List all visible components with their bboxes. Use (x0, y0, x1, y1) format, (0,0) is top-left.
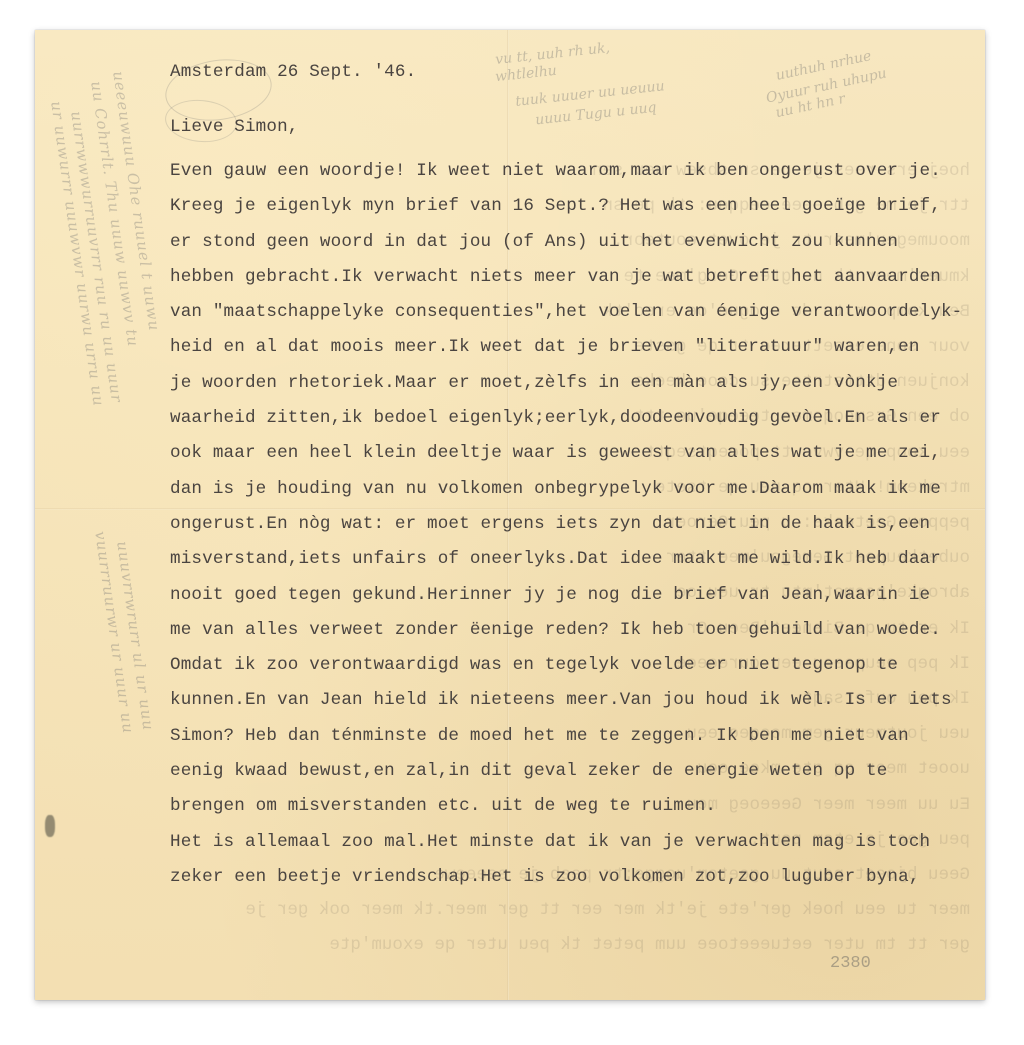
pencil-note: Oyuur ruh uhupu (765, 65, 888, 106)
archive-number: 2380 (830, 954, 871, 973)
ink-stain (45, 815, 55, 837)
letter-line: er stond geen woord in dat jou (of Ans) … (170, 225, 962, 260)
letter-line: Even gauw een woordje! Ik weet niet waar… (170, 154, 962, 189)
letter-dateline: Amsterdam 26 Sept. '46. (170, 62, 416, 82)
letter-line-underlined: me van alles verweet zonder ëenige reden… (170, 613, 962, 648)
letter-line: Simon? Heb dan ténminste de moed het me … (170, 719, 962, 754)
letter-line: waarheid zitten,ik bedoel eigenlyk;eerly… (170, 401, 962, 436)
letter-salutation: Lieve Simon, (170, 117, 299, 137)
left-margin-pencil-notes: ueeeuwuuu Ohe ruuuel t uuwu uu Cohrrlt. … (39, 60, 134, 980)
letter-line: nooit goed tegen gekund.Herinner jy je n… (170, 578, 962, 613)
letter-line: misverstand,iets unfairs of oneerlyks.Da… (170, 542, 962, 577)
letter-line: brengen om misverstanden etc. uit de weg… (170, 789, 962, 824)
letter-paragraph: Even gauw een woordje! Ik weet niet waar… (170, 154, 962, 895)
letter-line: je woorden rhetoriek.Maar er moet,zèlfs … (170, 366, 962, 401)
pencil-note: uuuu Tugu u uuq (534, 100, 657, 129)
pencil-note: uuthuh nrhue (774, 48, 872, 84)
letter-line: dan is je houding van nu volkomen onbegr… (170, 472, 962, 507)
pencil-note: tuuk uuuer uu ueuuu (515, 78, 666, 110)
letter-line: hebben gebracht.Ik verwacht niets meer v… (170, 260, 962, 295)
letter-page: hoej ers rees je qe sn sbsew ueu sen ttr… (35, 30, 985, 1000)
letter-line: heid en al dat moois meer.Ik weet dat je… (170, 330, 962, 365)
pencil-note: whtlelhu (494, 63, 557, 85)
top-right-pencil-notes: vu tt, uuh rh uk, whtlelhu tuuk uuuer uu… (475, 38, 955, 128)
letter-line: Kreeg je eigenlyk myn brief van 16 Sept.… (170, 189, 962, 224)
pencil-note: vu tt, uuh rh uk, (494, 40, 610, 68)
letter-line-underlined: eenig kwaad bewust,en zal,in dit geval z… (170, 754, 962, 789)
letter-line: ongerust.En nòg wat: er moet ergens iets… (170, 507, 962, 542)
letter-line: ook maar een heel klein deeltje waar is … (170, 436, 962, 471)
letter-line: Omdat ik zoo verontwaardigd was en tegel… (170, 648, 962, 683)
letter-line: Het is allemaal zoo mal.Het minste dat i… (170, 825, 962, 860)
letter-line: kunnen.En van Jean hield ik nieteens mee… (170, 683, 962, 718)
letter-line: van "maatschappelyke consequenties",het … (170, 295, 962, 330)
pencil-note: uu ht hn r (774, 91, 847, 121)
letter-line: zeker een beetje vriendschap.Het is zoo … (170, 860, 962, 895)
